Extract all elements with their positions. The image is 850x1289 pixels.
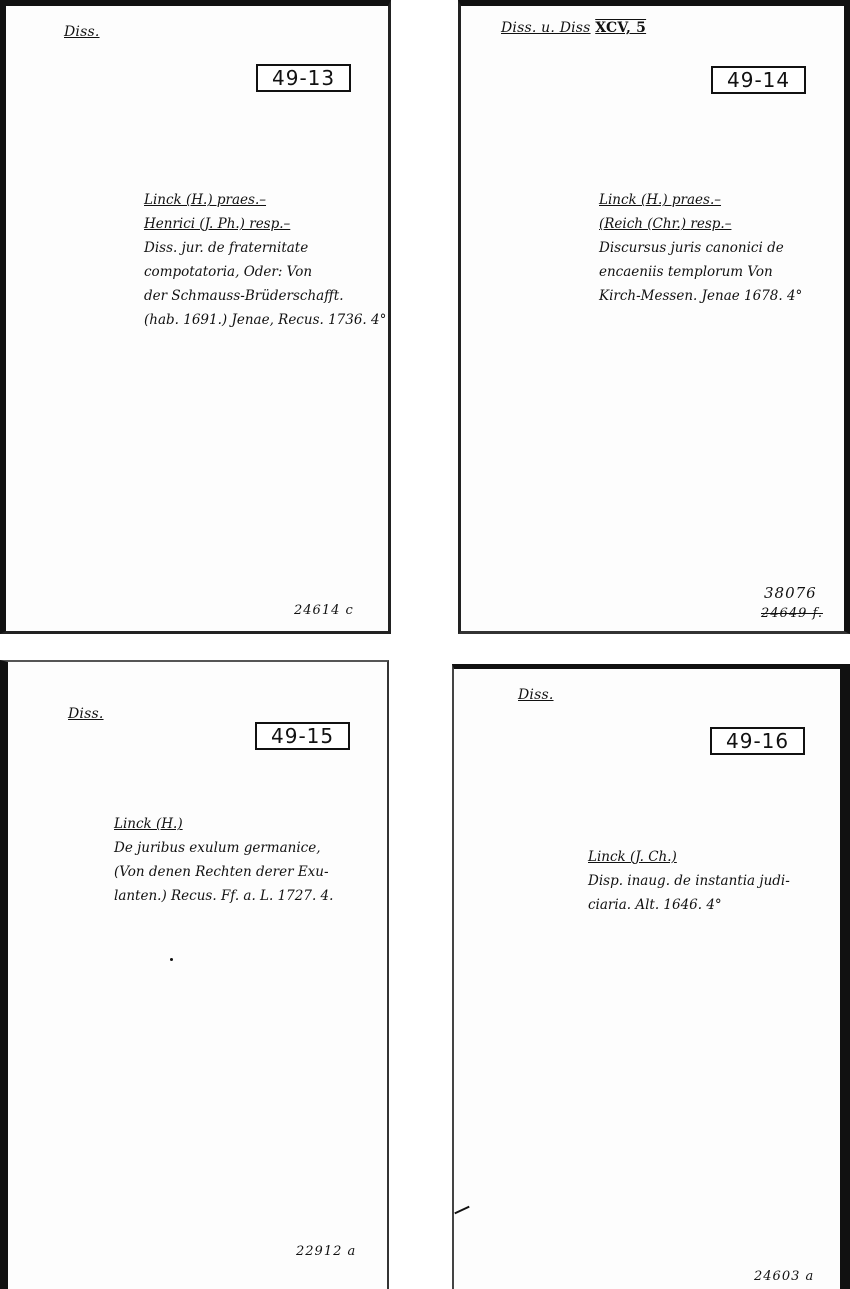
entry-line: Linck (J. Ch.)	[588, 845, 790, 869]
card-category: Diss.	[64, 24, 100, 40]
catalog-card-49-13: Diss. 49-13 Linck (H.) praes.– Henrici (…	[0, 0, 391, 634]
entry-line: der Schmauss-Brüderschafft.	[144, 284, 386, 308]
call-number-box: 49-15	[255, 722, 350, 750]
catalog-card-49-16: Diss. 49-16 Linck (J. Ch.) Disp. inaug. …	[452, 664, 850, 1289]
card-category: Diss.	[68, 706, 104, 722]
ink-stroke	[454, 1206, 469, 1215]
entry-line: (Reich (Chr.) resp.–	[599, 212, 802, 236]
entry-line: Linck (H.) praes.–	[144, 188, 386, 212]
catalog-card-49-15: Diss. 49-15 Linck (H.) De juribus exulum…	[0, 660, 389, 1289]
entry-line: De juribus exulum germanice,	[114, 836, 333, 860]
bibliographic-entry: Linck (H.) praes.– Henrici (J. Ph.) resp…	[144, 188, 386, 332]
entry-line: lanten.) Recus. Ff. a. L. 1727. 4.	[114, 884, 333, 908]
entry-line: Linck (H.) praes.–	[599, 188, 802, 212]
entry-line: Henrici (J. Ph.) resp.–	[144, 212, 386, 236]
bibliographic-entry: Linck (H.) De juribus exulum germanice, …	[114, 812, 333, 908]
accession-number: 24603 a	[754, 1269, 814, 1284]
entry-line: encaeniis templorum Von	[599, 260, 802, 284]
entry-line: Kirch-Messen. Jenae 1678. 4°	[599, 284, 802, 308]
catalog-card-49-14: Diss. u. Diss XCV, 5 49-14 Linck (H.) pr…	[458, 0, 850, 634]
accession-number-struck: 24649 f.	[761, 606, 823, 621]
entry-line: (hab. 1691.) Jenae, Recus. 1736. 4°	[144, 308, 386, 332]
accession-number: 24614 c	[294, 603, 354, 618]
accession-number: 38076	[764, 584, 817, 602]
card-category: Diss. u. Diss XCV, 5	[501, 20, 646, 36]
category-volume: XCV, 5	[595, 20, 646, 36]
call-number-box: 49-13	[256, 64, 351, 92]
bibliographic-entry: Linck (H.) praes.– (Reich (Chr.) resp.– …	[599, 188, 802, 308]
entry-line: Discursus juris canonici de	[599, 236, 802, 260]
bibliographic-entry: Linck (J. Ch.) Disp. inaug. de instantia…	[588, 845, 790, 917]
entry-line: Diss. jur. de fraternitate	[144, 236, 386, 260]
accession-number: 22912 a	[296, 1244, 356, 1259]
entry-line: Disp. inaug. de instantia judi-	[588, 869, 790, 893]
entry-line: compotatoria, Oder: Von	[144, 260, 386, 284]
call-number-box: 49-16	[710, 727, 805, 755]
entry-line: (Von denen Rechten derer Exu-	[114, 860, 333, 884]
card-category: Diss.	[518, 687, 554, 703]
entry-line: Linck (H.)	[114, 812, 333, 836]
entry-line: ciaria. Alt. 1646. 4°	[588, 893, 790, 917]
call-number-box: 49-14	[711, 66, 806, 94]
ink-dot	[170, 958, 173, 961]
